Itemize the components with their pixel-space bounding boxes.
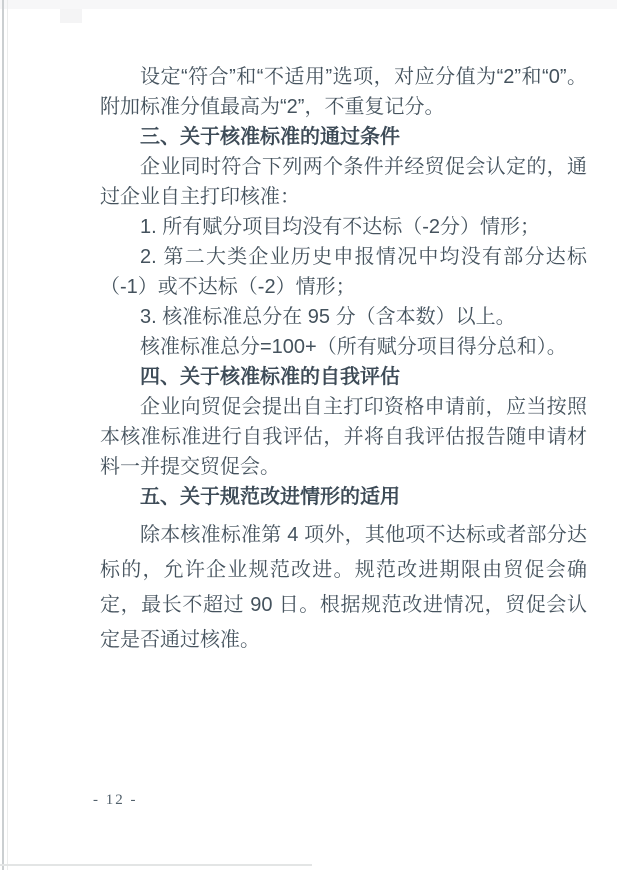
list-item-1: 1. 所有赋分项目均没有不达标（-2分）情形； xyxy=(100,212,587,242)
section-heading-4: 四、关于核准标准的自我评估 xyxy=(100,362,587,392)
scan-artifact-bottom-edge xyxy=(0,864,312,866)
scan-artifact-left-edge-2 xyxy=(7,0,8,870)
paragraph-improvement-rule: 除本核准标准第 4 项外，其他项不达标或者部分达标的，允许企业规范改进。规范改进… xyxy=(100,518,587,658)
paragraph-scoring-rule: 设定“符合”和“不适用”选项，对应分值为“2”和“0”。附加标准分值最高为“2”… xyxy=(100,62,587,122)
paragraph-self-assessment: 企业向贸促会提出自主打印资格申请前，应当按照本核准标准进行自我评估，并将自我评估… xyxy=(100,392,587,482)
list-item-3: 3. 核准标准总分在 95 分（含本数）以上。 xyxy=(100,302,587,332)
section-heading-3: 三、关于核准标准的通过条件 xyxy=(100,122,587,152)
paragraph-pass-conditions-intro: 企业同时符合下列两个条件并经贸促会认定的，通过企业自主打印核准： xyxy=(100,152,587,212)
paragraph-total-score-formula: 核准标准总分=100+（所有赋分项目得分总和）。 xyxy=(100,332,587,362)
document-body: 设定“符合”和“不适用”选项，对应分值为“2”和“0”。附加标准分值最高为“2”… xyxy=(100,62,587,658)
section-heading-5: 五、关于规范改进情形的适用 xyxy=(100,482,587,512)
scan-artifact-top-strip xyxy=(0,0,617,9)
scanned-document-page: 设定“符合”和“不适用”选项，对应分值为“2”和“0”。附加标准分值最高为“2”… xyxy=(0,0,617,870)
page-number: - 12 - xyxy=(93,792,138,809)
list-item-2: 2. 第二大类企业历史申报情况中均没有部分达标（-1）或不达标（-2）情形； xyxy=(100,242,587,302)
scan-artifact-smudge xyxy=(60,9,82,23)
scan-artifact-left-edge xyxy=(2,0,4,870)
